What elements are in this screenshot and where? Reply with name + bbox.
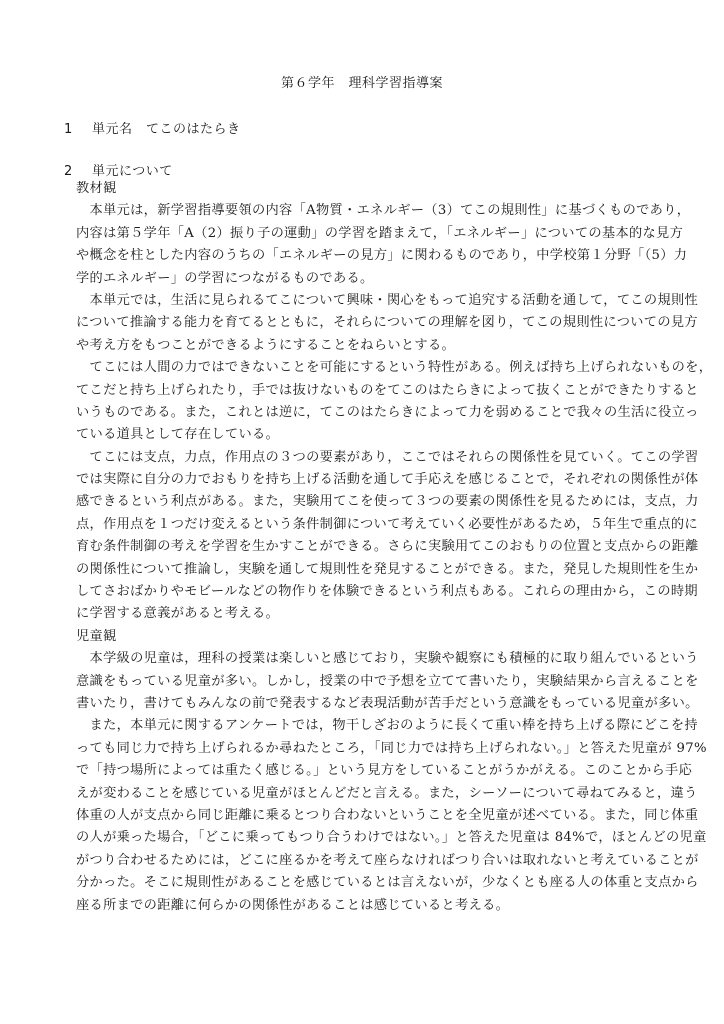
paragraph-line: 本学級の児童は，理科の授業は楽しいと感じており，実験や観察にも積極的に取り組んで… — [76, 648, 666, 670]
paragraph-line: 意識をもっている児童が多い。しかし，授業の中で予想を立てて書いたり，実験結果から… — [76, 671, 666, 693]
page-title: 第６学年 理科学習指導案 — [0, 72, 724, 91]
section-number: 1 — [64, 122, 92, 137]
paragraph-line: 座る所までの距離に何らかの関係性があることは感じていると考える。 — [76, 895, 666, 917]
paragraph-line: 体重の人が支点から同じ距離に乗るとつり合わないということを全児童が述べている。ま… — [76, 805, 666, 827]
paragraph-line: では実際に自分の力でおもりを持ち上げる活動を通して手応えを感じることで，それぞれ… — [76, 469, 666, 491]
paragraph-line: また，本単元に関するアンケートでは，物干しざおのように長くて重い棒を持ち上げる際… — [76, 715, 666, 737]
paragraph-line: 書いたり，書けてもみんなの前で発表するなど表現活動が苦手だという意識をもっている… — [76, 693, 666, 715]
paragraph-line: や概念を柱とした内容のうちの「エネルギーの見方」に関わるものであり，中学校第１分… — [76, 245, 666, 267]
section-number: 2 — [64, 164, 92, 179]
paragraph-line: 育む条件制御の考えを学習を生かすことができる。さらに実験用てこのおもりの位置と支… — [76, 536, 666, 558]
paragraph-line: の関係性について推論し，実験を通して規則性を発見することができる。また，発見した… — [76, 559, 666, 581]
paragraph-line: の人が乗った場合，「どこに乗ってもつり合うわけではない。」と答えた児童は 84%… — [76, 827, 666, 849]
subheading-material-view: 教材観 — [76, 178, 666, 200]
paragraph-line: てこだと持ち上げられたり，手では抜けないものをてこのはたらきによって抜くことがで… — [76, 380, 666, 402]
document-body: 教材観 本単元は，新学習指導要領の内容「A物質・エネルギー（3）てこの規則性」に… — [76, 178, 666, 917]
paragraph-line: 学的エネルギー」の学習につながるものである。 — [76, 268, 666, 290]
paragraph-line: について推論する能力を育てるとともに，それらについての理解を図り，てこの規則性に… — [76, 312, 666, 334]
paragraph-line: いうものである。また，これとは逆に，てこのはたらきによって力を弱めることで我々の… — [76, 402, 666, 424]
paragraph-line: に学習する意義があると考える。 — [76, 603, 666, 625]
paragraph-line: や考え方をもつことができるようにすることをねらいとする。 — [76, 335, 666, 357]
paragraph-line: っても同じ力で持ち上げられるか尋ねたところ，「同じ力では持ち上げられない。」と答… — [76, 738, 666, 760]
paragraph-line: てこには支点，力点，作用点の３つの要素があり，ここではそれらの関係性を見ていく。… — [76, 447, 666, 469]
section-heading-about-unit: 2単元について — [64, 160, 173, 179]
paragraph-line: ている道具として存在している。 — [76, 424, 666, 446]
paragraph-line: 内容は第５学年「A（2）振り子の運動」の学習を踏まえて，「エネルギー」についての… — [76, 223, 666, 245]
paragraph-line: 本単元は，新学習指導要領の内容「A物質・エネルギー（3）てこの規則性」に基づくも… — [76, 200, 666, 222]
paragraph-line: えが変わることを感じている児童がほとんどだと言える。また，シーソーについて尋ねて… — [76, 783, 666, 805]
section-label: 単元名 てこのはたらき — [92, 122, 241, 137]
subheading-student-view: 児童観 — [76, 626, 666, 648]
paragraph-line: で「持つ場所によっては重たく感じる。」という見方をしていることがうかがえる。この… — [76, 760, 666, 782]
paragraph-line: 分かった。そこに規則性があることを感じているとは言えないが，少なくとも座る人の体… — [76, 872, 666, 894]
paragraph-line: 本単元では，生活に見られるてこについて興味・関心をもって追究する活動を通して，て… — [76, 290, 666, 312]
paragraph-line: 点，作用点を１つだけ変えるという条件制御について考えていく必要性があるため，５年… — [76, 514, 666, 536]
section-label: 単元について — [92, 164, 173, 179]
paragraph-line: 感できるという利点がある。また，実験用てこを使って３つの要素の関係性を見るために… — [76, 491, 666, 513]
paragraph-line: がつり合わせるためには，どこに座るかを考えて座らなければつり合いは取れないと考え… — [76, 850, 666, 872]
paragraph-line: てこには人間の力ではできないことを可能にするという特性がある。例えば持ち上げられ… — [76, 357, 666, 379]
paragraph-line: してさおばかりやモビールなどの物作りを体験できるという利点もある。これらの理由か… — [76, 581, 666, 603]
section-heading-unit-name: 1単元名 てこのはたらき — [64, 118, 241, 137]
